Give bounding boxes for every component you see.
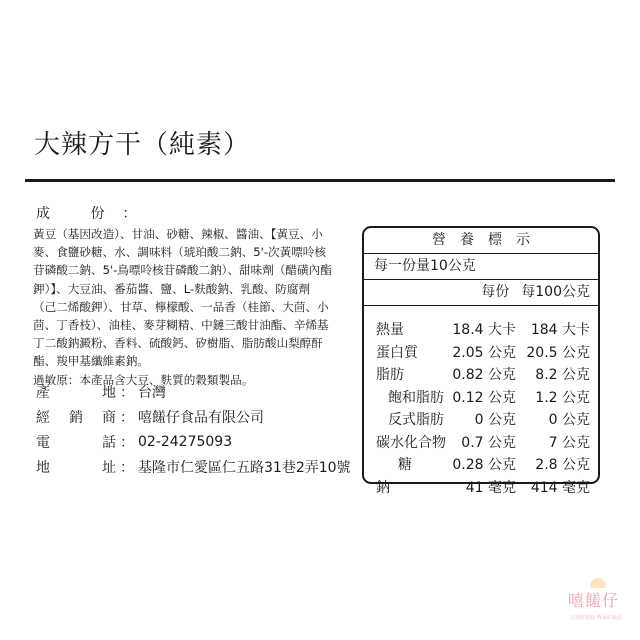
info-key: 經銷商	[36, 407, 116, 427]
nutrition-facts-table: 營養標示 每一份量10公克 每份 每100公克 熱量 18.4 大卡 184 大…	[362, 226, 600, 484]
nutrition-row: 反式脂肪 0 公克 0 公克	[364, 408, 598, 431]
info-row-address: 地址 ： 基隆市仁愛區仁五路31巷2弄10號	[36, 454, 351, 479]
logo-hat-icon	[590, 578, 606, 588]
serving-size: 每一份量10公克	[364, 254, 598, 280]
info-key: 地址	[36, 457, 116, 477]
info-key: 電話	[36, 432, 116, 452]
nutrition-row: 熱量 18.4 大卡 184 大卡	[364, 318, 598, 341]
ingredients-text: 黃豆（基因改造）、甘油、砂糖、辣椒、醬油、【黃豆、小麥、食鹽砂糖、水、調味料（琥…	[33, 227, 332, 368]
info-row-distributor: 經銷商 ： 嘻饈仔食品有限公司	[36, 404, 351, 429]
product-info: 產地 ： 台灣 經銷商 ： 嘻饈仔食品有限公司 電話 ： 02-24275093…	[36, 379, 351, 479]
nutrition-row: 飽和脂肪 0.12 公克 1.2 公克	[364, 386, 598, 409]
info-row-phone: 電話 ： 02-24275093	[36, 429, 351, 454]
info-key: 產地	[36, 382, 116, 402]
product-title: 大辣方干（純素）	[34, 124, 250, 161]
nutrition-row: 碳水化合物 0.7 公克 7 公克	[364, 431, 598, 454]
nutrition-row: 蛋白質 2.05 公克 20.5 公克	[364, 341, 598, 364]
logo-text: 嘻饈仔	[568, 588, 619, 611]
ingredients-block: 黃豆（基因改造）、甘油、砂糖、辣椒、醬油、【黃豆、小麥、食鹽砂糖、水、調味料（琥…	[33, 225, 333, 389]
nutrition-column-headers: 每份 每100公克	[364, 280, 598, 306]
nutrition-row: 糖 0.28 公克 2.8 公克	[364, 453, 598, 476]
phone-value: 02-24275093	[134, 434, 232, 450]
ingredients-label: 成 份：	[36, 203, 154, 223]
nutrition-rows: 熱量 18.4 大卡 184 大卡 蛋白質 2.05 公克 20.5 公克 脂肪…	[364, 306, 598, 498]
brand-logo: 嘻饈仔 在地好滋味 傳承好味道	[568, 578, 630, 624]
nutrition-header: 營養標示	[364, 228, 598, 254]
origin-value: 台灣	[134, 382, 166, 402]
info-row-origin: 產地 ： 台灣	[36, 379, 351, 404]
title-divider	[25, 179, 615, 182]
logo-tagline: 在地好滋味 傳承好味道	[570, 614, 622, 621]
col-per-serving: 每份	[481, 280, 509, 305]
nutrition-row: 鈉 41 毫克 414 毫克	[364, 476, 598, 499]
distributor-value: 嘻饈仔食品有限公司	[134, 407, 264, 427]
col-per-100g: 每100公克	[521, 280, 590, 305]
address-value: 基隆市仁愛區仁五路31巷2弄10號	[134, 457, 351, 477]
nutrition-row: 脂肪 0.82 公克 8.2 公克	[364, 363, 598, 386]
